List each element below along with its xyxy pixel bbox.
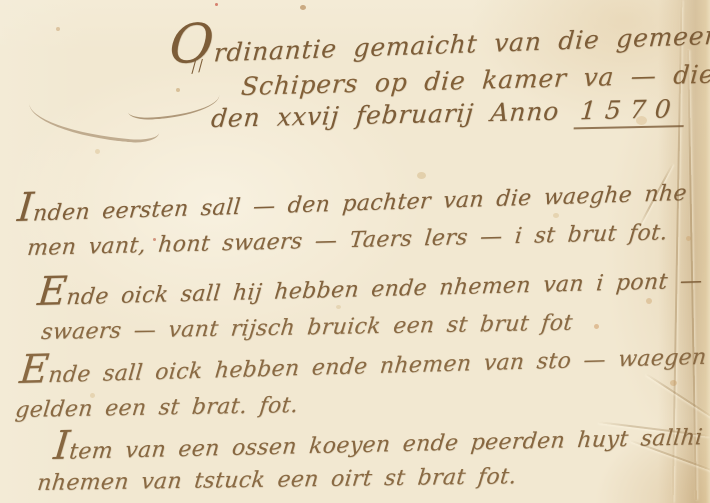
fox-spot: [417, 172, 426, 179]
paragraph-3-line-1: Ende sall oick hebben ende nhemen van st…: [18, 345, 708, 389]
paragraph-3-line-2: gelden een st brat. fot.: [14, 393, 299, 423]
paragraph-2-line-1: Ende oick sall hij hebben ende nhemen va…: [36, 269, 704, 311]
year-text: 1570: [574, 94, 686, 129]
paragraph-1-line-1: Inden eersten sall — den pachter van die…: [16, 181, 688, 227]
fox-spot: [686, 236, 691, 241]
fox-spot: [553, 213, 559, 218]
fox-spot: [300, 5, 306, 10]
fox-spot: [215, 3, 218, 6]
fox-spot: [336, 305, 341, 309]
manuscript-page: Ordinantie gemaicht van die gemeen // Sc…: [0, 0, 710, 503]
fox-spot: [176, 88, 180, 92]
fox-spot: [670, 380, 677, 386]
fox-spot: [56, 27, 60, 31]
fox-spot: [594, 324, 599, 329]
date-text: den xxvij februarij Anno: [210, 97, 560, 133]
paragraph-4-line-2: nhemen van tstuck een oirt st brat fot.: [36, 464, 518, 496]
paragraph-1-line-2: men vant, hont swaers — Taers lers — i s…: [26, 220, 669, 261]
paragraph-2-line-2: swaers — vant rijsch bruick een st brut …: [40, 311, 574, 345]
fox-spot: [646, 298, 652, 304]
paragraph-4-line-1: Item van een ossen koeyen ende peerden h…: [52, 425, 704, 465]
fox-spot: [95, 149, 100, 154]
